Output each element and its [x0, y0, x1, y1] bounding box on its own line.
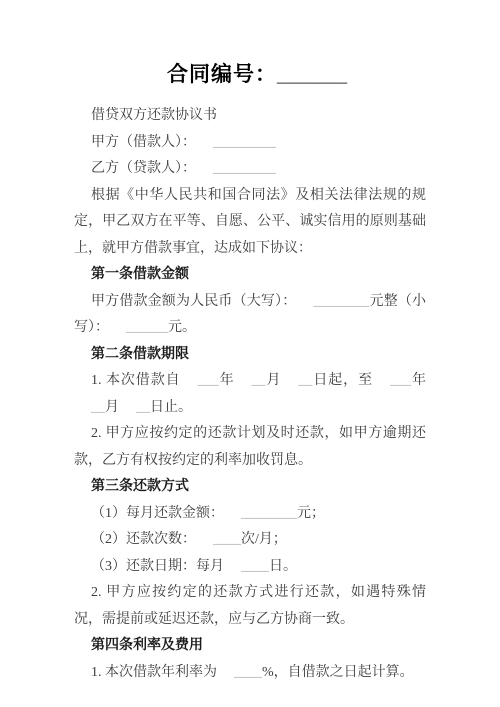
- blank-underline: __: [119, 395, 150, 422]
- blank-underline: ______: [277, 60, 347, 90]
- blank-underline: ________: [224, 501, 297, 528]
- party-field-line: 甲方（借款人）：_________: [74, 130, 426, 157]
- blank-underline: ____: [217, 660, 262, 687]
- paragraph: 1. 本次借款年利率为____%，自借款之日起计算。: [74, 660, 426, 687]
- party-field-line: 乙方（贷款人）：_________: [74, 156, 426, 183]
- contract-document-page: 合同编号：______ 借贷双方还款协议书甲方（借款人）：_________乙方…: [0, 0, 500, 707]
- blank-underline: ___: [181, 368, 219, 395]
- paragraph: 2. 甲方应按约定的还款计划及时还款，如甲方逾期还款，乙方有权按约定的利率加收罚…: [74, 421, 426, 474]
- blank-underline: ___: [373, 368, 411, 395]
- blank-underline: ________: [296, 289, 369, 316]
- blank-underline: _________: [196, 130, 276, 157]
- blank-underline: ______: [109, 315, 168, 342]
- paragraph: （3）还款日期：每月____日。: [74, 554, 426, 581]
- blank-underline: ____: [224, 554, 269, 581]
- section-heading: 第一条借款金额: [74, 262, 426, 289]
- paragraph: 甲方借款金额为人民币（大写）：________元整（小写）：______元。: [74, 289, 426, 342]
- section-heading: 第三条还款方式: [74, 474, 426, 501]
- section-heading: 第四条利率及费用: [74, 633, 426, 660]
- blank-underline: __: [74, 395, 105, 422]
- document-body: 借贷双方还款协议书甲方（借款人）：_________乙方（贷款人）：______…: [74, 103, 426, 686]
- blank-underline: __: [281, 368, 312, 395]
- paragraph: 1. 本次借款自___年__月__日起，至___年__月__日止。: [74, 368, 426, 421]
- blank-underline: _________: [196, 156, 276, 183]
- paragraph: 借贷双方还款协议书: [74, 103, 426, 130]
- contract-number-title: 合同编号：______: [0, 60, 500, 90]
- blank-underline: __: [235, 368, 266, 395]
- paragraph: 根据《中华人民共和国合同法》及相关法律法规的规定，甲乙双方在平等、自愿、公平、诚…: [74, 183, 426, 263]
- paragraph: （1）每月还款金额：________元；: [74, 501, 426, 528]
- blank-underline: ____: [196, 527, 241, 554]
- paragraph: （2）还款次数：____次/月；: [74, 527, 426, 554]
- section-heading: 第二条借款期限: [74, 342, 426, 369]
- paragraph: 2. 甲方应按约定的还款方式进行还款，如遇特殊情况，需提前或延迟还款，应与乙方协…: [74, 580, 426, 633]
